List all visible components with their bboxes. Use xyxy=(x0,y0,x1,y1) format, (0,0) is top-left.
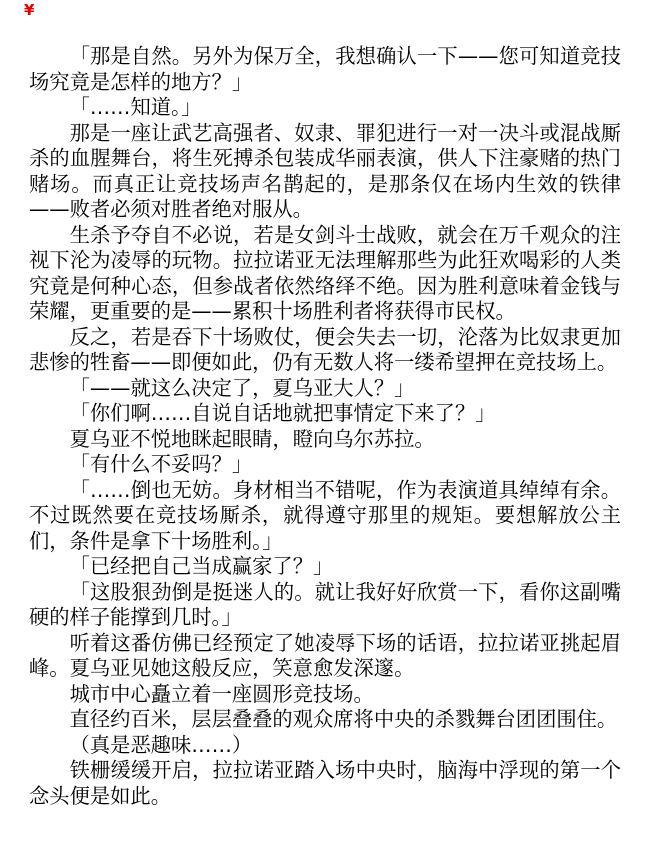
paragraph: 「你们啊……自说自话地就把事情定下来了？」 xyxy=(29,401,621,427)
paragraph: 直径约百米，层层叠叠的观众席将中央的杀戮舞台团团围住。 xyxy=(29,707,621,733)
paragraph: 「已经把自己当成赢家了？」 xyxy=(29,554,621,580)
paragraph: 「有什么不妥吗？」 xyxy=(29,452,621,478)
paragraph: 反之，若是吞下十场败仗，便会失去一切，沦落为比奴隶更加悲惨的牲畜——即便如此，仍… xyxy=(29,325,621,376)
novel-text-content: 「那是自然。另外为保万全，我想确认一下——您可知道竞技场究竟是怎样的地方？」 「… xyxy=(29,44,621,809)
novel-page: ¥ 「那是自然。另外为保万全，我想确认一下——您可知道竞技场究竟是怎样的地方？」… xyxy=(0,0,650,850)
paragraph: （真是恶趣味……） xyxy=(29,733,621,759)
paragraph: 城市中心矗立着一座圆形竞技场。 xyxy=(29,682,621,708)
paragraph: 「那是自然。另外为保万全，我想确认一下——您可知道竞技场究竟是怎样的地方？」 xyxy=(29,44,621,95)
paragraph: 生杀予夺自不必说，若是女剑斗士战败，就会在万千观众的注视下沦为凌辱的玩物。拉拉诺… xyxy=(29,223,621,325)
paragraph: 夏乌亚不悦地眯起眼睛，瞪向乌尔苏拉。 xyxy=(29,427,621,453)
paragraph: 「……倒也无妨。身材相当不错呢，作为表演道具绰绰有余。不过既然要在竞技场厮杀，就… xyxy=(29,478,621,555)
paragraph: 「这股狠劲倒是挺迷人的。就让我好好欣赏一下，看你这副嘴硬的样子能撑到几时。」 xyxy=(29,580,621,631)
paragraph: 听着这番仿佛已经预定了她凌辱下场的话语，拉拉诺亚挑起眉峰。夏乌亚见她这般反应，笑… xyxy=(29,631,621,682)
paragraph: 铁栅缓缓开启，拉拉诺亚踏入场中央时，脑海中浮现的第一个念头便是如此。 xyxy=(29,758,621,809)
paragraph: 那是一座让武艺高强者、奴隶、罪犯进行一对一决斗或混战厮杀的血腥舞台，将生死搏杀包… xyxy=(29,121,621,223)
paragraph: 「——就这么决定了，夏乌亚大人？」 xyxy=(29,376,621,402)
page-corner-marker: ¥ xyxy=(24,3,34,18)
paragraph: 「……知道。」 xyxy=(29,95,621,121)
